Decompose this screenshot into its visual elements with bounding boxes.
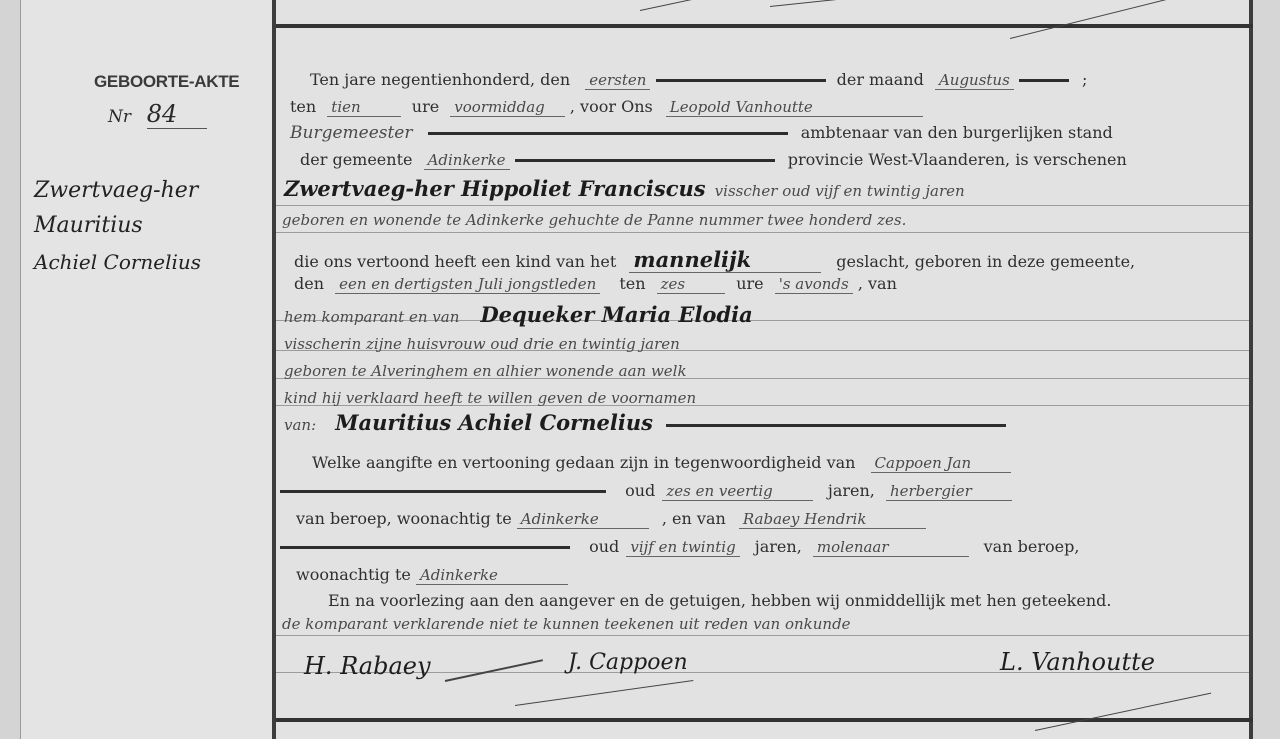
record-bottom-rule <box>276 718 1253 722</box>
handwritten-municipality: Adinkerke <box>424 151 510 170</box>
text-line-3: Burgemeester ambtenaar van den burgerlij… <box>290 123 1245 143</box>
handwritten-witness1-name: Cappoen Jan <box>871 454 1012 473</box>
witness-line-3: van beroep, woonachtig te Adinkerke , en… <box>296 509 1251 528</box>
printed-text: woonachtig te <box>296 565 411 584</box>
fill-line <box>666 424 1006 427</box>
text-line-6: geboren en wonende te Adinkerke gehuchte… <box>282 210 1237 229</box>
printed-text: ambtenaar van den burgerlijken stand <box>801 123 1113 142</box>
printed-text: die ons vertoond heeft een kind van het <box>294 252 616 271</box>
signature-official: L. Vanhoutte <box>1000 648 1155 676</box>
handwritten-birth-date: een en dertigsten Juli jongstleden <box>335 275 600 294</box>
text-line-8: den een en dertigsten Juli jongstleden t… <box>294 274 1249 293</box>
ruled-line <box>276 232 1249 233</box>
fill-line <box>280 546 570 549</box>
printed-closing-text: En na voorlezing aan den aangever en de … <box>328 591 1111 610</box>
handwritten-witness1-residence: Adinkerke <box>517 510 649 529</box>
text-line-9: hem komparant en van Dequeker Maria Elod… <box>284 302 1239 327</box>
previous-record-flourish <box>1010 0 1185 39</box>
printed-text: geslacht, geboren in deze gemeente, <box>836 252 1135 271</box>
text-line-7: die ons vertoond heeft een kind van het … <box>294 247 1249 272</box>
printed-text: jaren, <box>828 481 875 500</box>
witness-line-1: Welke aangifte en vertooning gedaan zijn… <box>312 453 1267 472</box>
printed-text: ten <box>290 97 316 116</box>
fill-line <box>280 490 606 493</box>
page-binding-edge <box>0 0 21 739</box>
handwritten-given-names: Mauritius Achiel Cornelius <box>335 410 653 435</box>
handwritten-mother-origin: geboren te Alveringhem en alhier wonende… <box>284 362 687 380</box>
signature-witness1: J. Cappoen <box>568 650 688 675</box>
handwritten-father-residence: geboren en wonende te Adinkerke gehuchte… <box>282 211 906 229</box>
signature-flourish <box>445 659 543 682</box>
handwritten-hour: tien <box>327 98 400 117</box>
signature-flourish <box>515 680 693 706</box>
handwritten-witness2-name: Rabaey Hendrik <box>739 510 927 529</box>
text-line-1: Ten jare negentienhonderd, den eersten d… <box>310 70 1265 89</box>
closing-line: En na voorlezing aan den aangever en de … <box>328 591 1280 610</box>
handwritten-father-details: visscher oud vijf en twintig jaren <box>715 182 965 200</box>
handwritten-witness1-age: zes en veertig <box>662 482 812 501</box>
fill-line <box>428 132 788 135</box>
signature-flourish <box>1035 693 1211 731</box>
text-line-2: ten tien ure voormiddag , voor Ons Leopo… <box>290 97 1245 116</box>
printed-text: , voor Ons <box>570 97 653 116</box>
printed-text: ten <box>619 274 645 293</box>
margin-given-name-2: Achiel Cornelius <box>34 250 274 274</box>
act-title: GEBOORTE-AKTE <box>94 72 244 92</box>
register-page: GEBOORTE-AKTE Nr 84 Zwertvaeg-her Maurit… <box>0 0 1280 739</box>
margin-given-name-1: Mauritius <box>34 213 274 238</box>
printed-text: Welke aangifte en vertooning gedaan zijn… <box>312 453 855 472</box>
closing-note-line: de komparant verklarende niet te kunnen … <box>282 614 1237 633</box>
column-divider <box>272 0 276 739</box>
printed-text: Ten jare negentienhonderd, den <box>310 70 570 89</box>
printed-text: jaren, <box>755 537 802 556</box>
printed-text: ; <box>1082 70 1087 89</box>
printed-text: oud <box>589 537 619 556</box>
next-page-edge <box>1253 0 1280 739</box>
text-line-5: Zwertvaeg-her Hippoliet Franciscus vissc… <box>284 176 1239 201</box>
handwritten-father-name: Zwertvaeg-her Hippoliet Franciscus <box>284 176 706 201</box>
handwritten-day: eersten <box>585 71 650 90</box>
handwritten-text: van: <box>284 416 316 434</box>
ruled-line <box>276 635 1249 636</box>
ruled-line <box>276 205 1249 206</box>
handwritten-note: de komparant verklarende niet te kunnen … <box>282 615 851 633</box>
printed-text: van beroep, woonachtig te <box>296 509 512 528</box>
handwritten-time-of-day: voormiddag <box>450 98 564 117</box>
witness-line-5: woonachtig te Adinkerke <box>296 565 1251 584</box>
previous-record-flourish <box>640 0 699 11</box>
printed-text: den <box>294 274 324 293</box>
handwritten-witness2-age: vijf en twintig <box>626 538 739 557</box>
handwritten-sex: mannelijk <box>629 247 821 273</box>
handwritten-declaration: kind hij verklaard heeft te willen geven… <box>284 389 696 407</box>
handwritten-birth-hour: zes <box>657 275 725 294</box>
printed-text: oud <box>625 481 655 500</box>
record-top-rule <box>276 24 1253 28</box>
printed-text: , van <box>858 274 897 293</box>
act-number-value: 84 <box>147 100 208 129</box>
handwritten-mother-details: visscherin zijne huisvrouw oud drie en t… <box>284 335 680 353</box>
handwritten-witness1-occupation: herbergier <box>886 482 1012 501</box>
fill-line <box>656 79 826 82</box>
handwritten-witness2-residence: Adinkerke <box>416 566 568 585</box>
witness-line-4: oud vijf en twintig jaren, molenaar van … <box>280 537 1235 556</box>
text-line-11: geboren te Alveringhem en alhier wonende… <box>284 361 1239 380</box>
handwritten-witness2-occupation: molenaar <box>813 538 969 557</box>
fill-line <box>1019 79 1069 82</box>
act-number-label: Nr <box>108 107 131 127</box>
text-line-12: kind hij verklaard heeft te willen geven… <box>284 388 1239 407</box>
witness-line-2: oud zes en veertig jaren, herbergier <box>280 481 1235 500</box>
act-number: Nr 84 <box>108 100 207 128</box>
printed-text: , en van <box>662 509 726 528</box>
text-line-4: der gemeente Adinkerke provincie West-Vl… <box>300 150 1255 169</box>
handwritten-month: Augustus <box>935 71 1014 90</box>
signature-witness2: H. Rabaey <box>304 652 431 680</box>
printed-text: provincie West-Vlaanderen, is verschenen <box>788 150 1127 169</box>
handwritten-birth-time: 's avonds <box>775 275 853 294</box>
margin-surname: Zwertvaeg-her <box>34 178 274 203</box>
handwritten-text: hem komparant en van <box>284 308 459 326</box>
handwritten-official-name: Leopold Vanhoutte <box>666 98 923 117</box>
text-line-10: visscherin zijne huisvrouw oud drie en t… <box>284 334 1239 353</box>
fill-line <box>515 159 775 162</box>
printed-text: der gemeente <box>300 150 412 169</box>
handwritten-mother-name: Dequeker Maria Elodia <box>480 302 752 327</box>
handwritten-official-title: Burgemeester <box>290 123 413 143</box>
previous-record-flourish <box>770 0 840 7</box>
printed-text: ure <box>736 274 763 293</box>
text-line-13: van: Mauritius Achiel Cornelius <box>284 410 1239 435</box>
printed-text: van beroep, <box>984 537 1080 556</box>
printed-text: der maand <box>837 70 924 89</box>
printed-text: ure <box>412 97 439 116</box>
